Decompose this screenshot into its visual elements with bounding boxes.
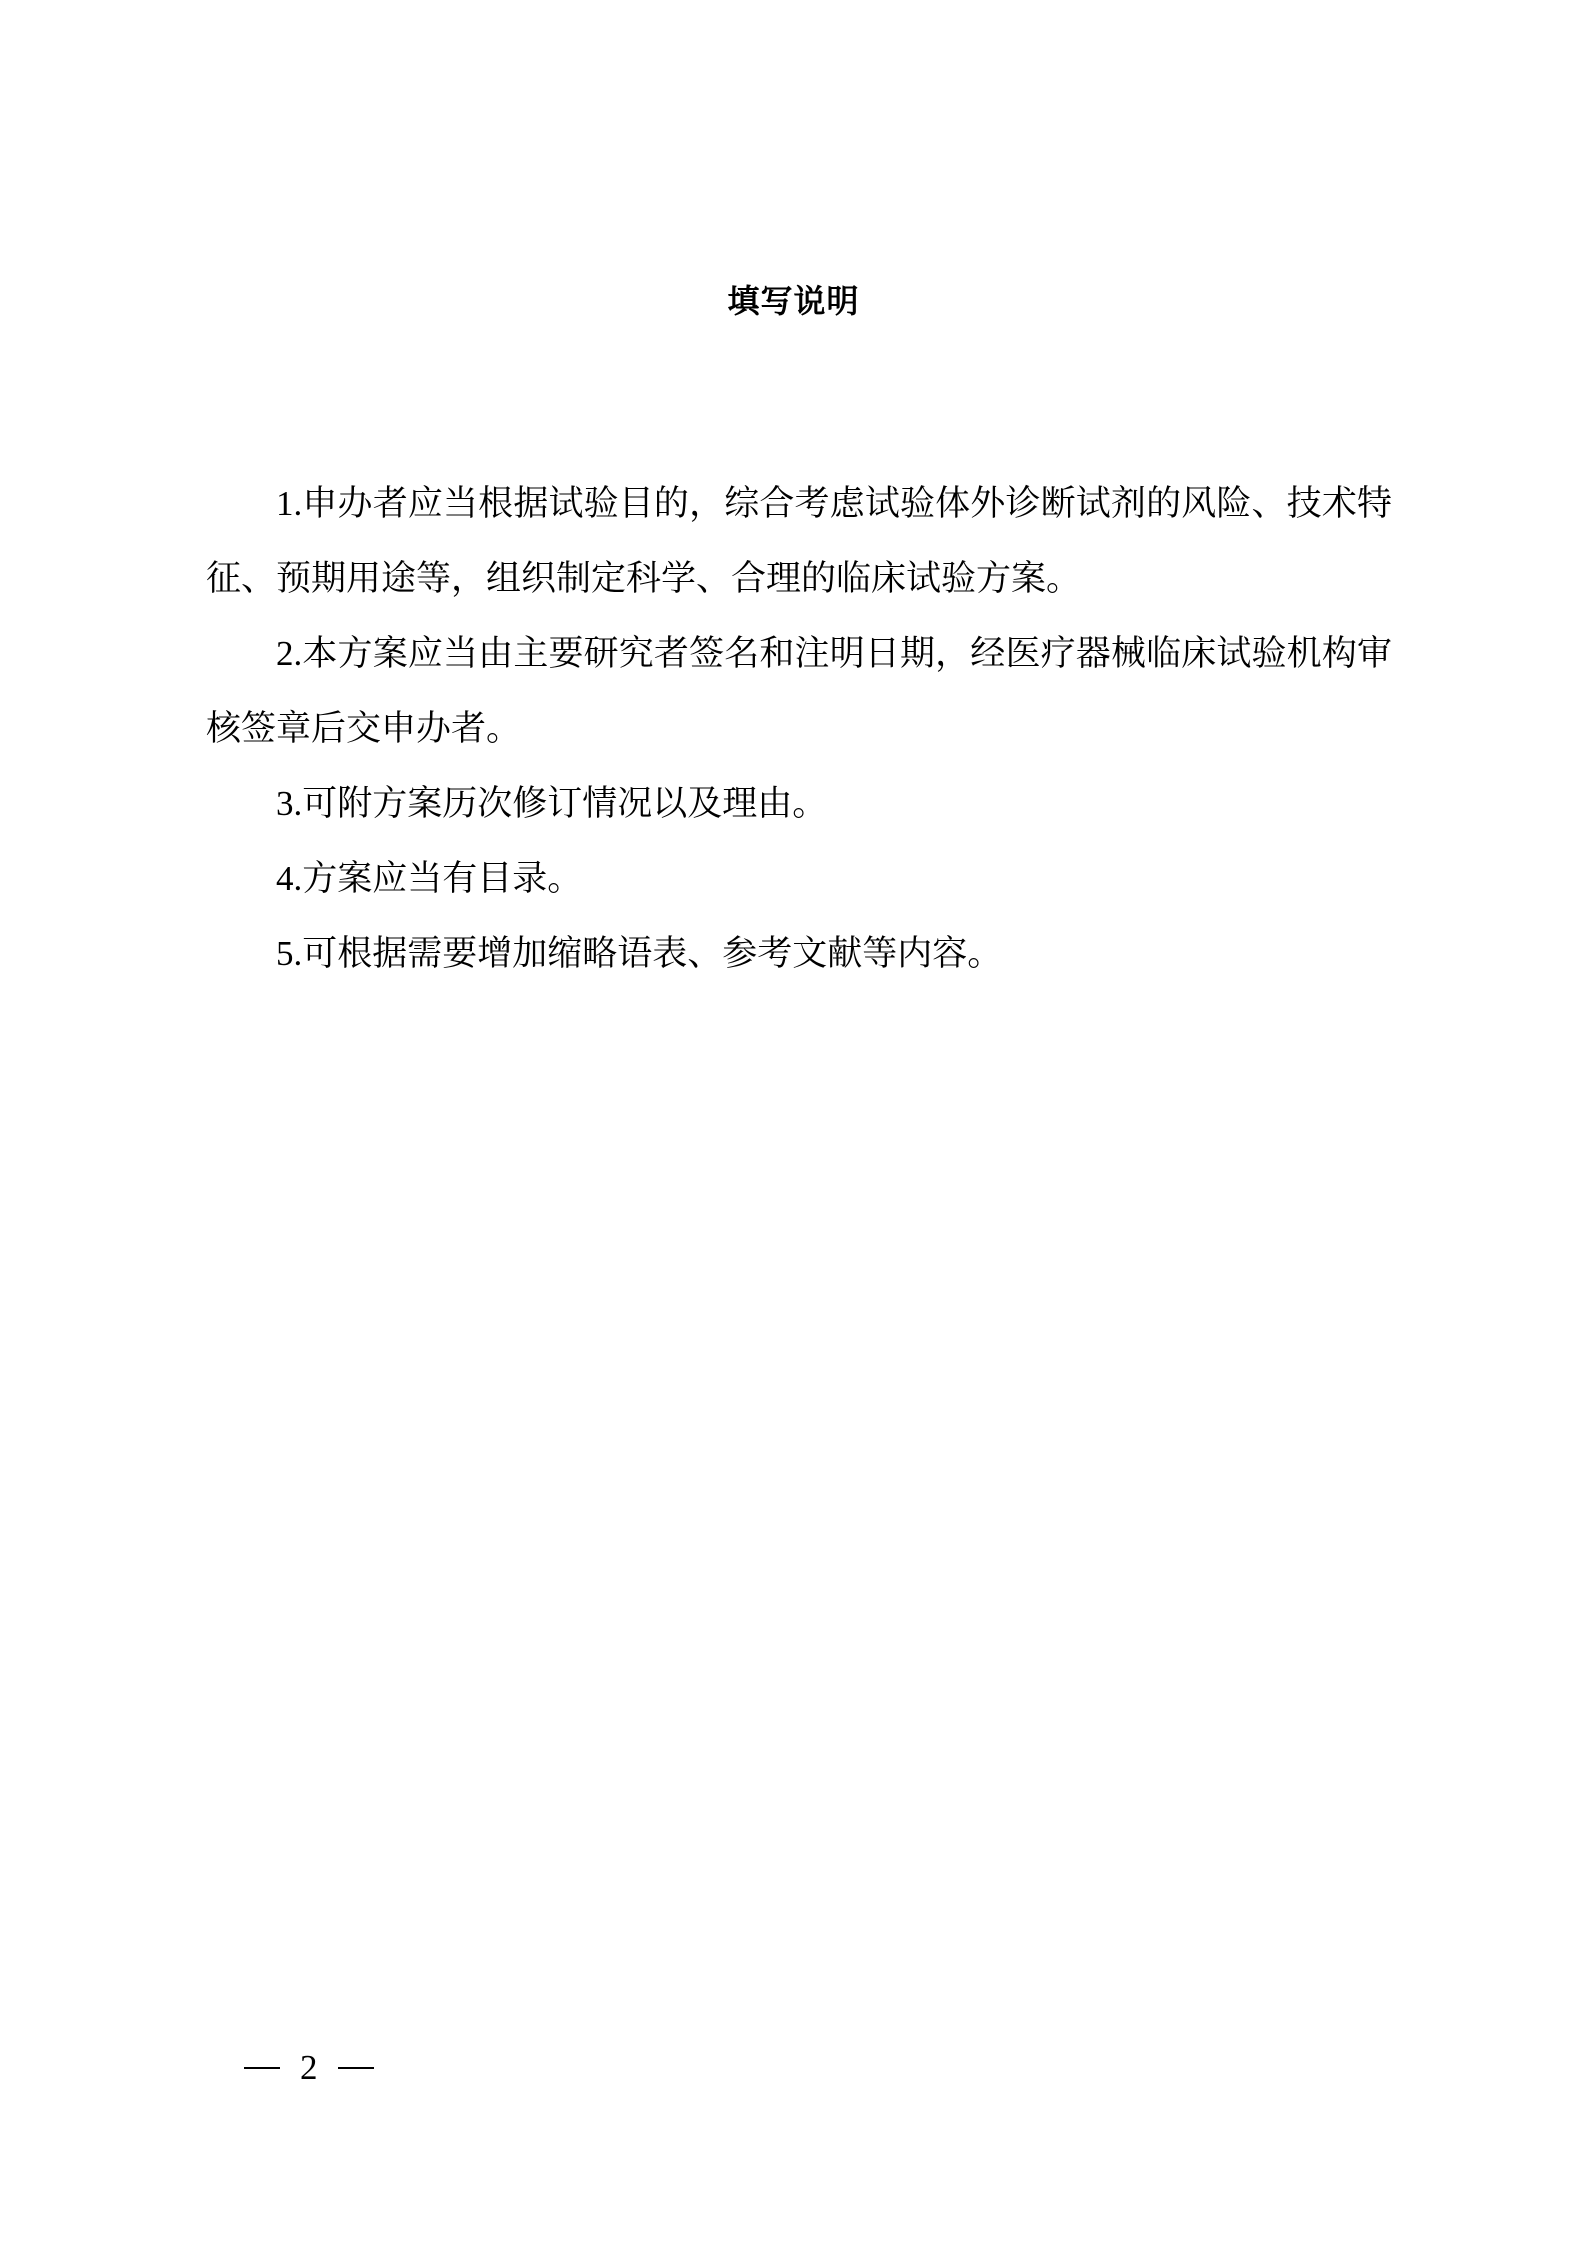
instruction-item-4: 4.方案应当有目录。 <box>206 841 1392 916</box>
instruction-item-2: 2.本方案应当由主要研究者签名和注明日期，经医疗器械临床试验机构审核签章后交申办… <box>206 616 1392 766</box>
page-title: 填写说明 <box>0 276 1587 322</box>
right-dash <box>338 2067 374 2069</box>
instruction-item-1: 1.申办者应当根据试验目的，综合考虑试验体外诊断试剂的风险、技术特征、预期用途等… <box>206 466 1392 616</box>
instruction-item-5: 5.可根据需要增加缩略语表、参考文献等内容。 <box>206 916 1392 991</box>
instructions-body: 1.申办者应当根据试验目的，综合考虑试验体外诊断试剂的风险、技术特征、预期用途等… <box>206 466 1392 991</box>
page-number: 2 <box>300 2048 318 2088</box>
left-dash <box>244 2067 280 2069</box>
instruction-item-3: 3.可附方案历次修订情况以及理由。 <box>206 766 1392 841</box>
page-footer: 2 <box>244 2048 374 2088</box>
